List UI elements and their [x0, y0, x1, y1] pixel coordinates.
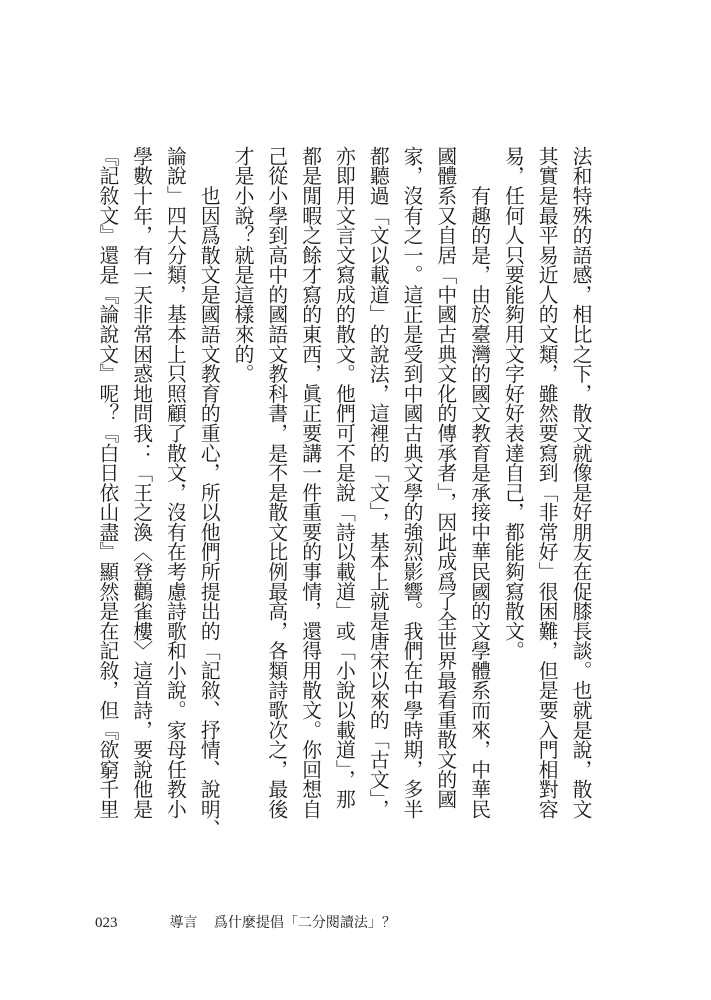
- text-column-9: 都是閒暇之餘才寫的東西，眞正要講一件重要的事情，還得用散文。你回想自: [293, 146, 327, 806]
- text-column-3: 易，任何人只要能夠用文字好好表達自己，都能夠寫散文。: [496, 146, 530, 806]
- text-column-5: 國體系又自居「中國古典文化的傳承者」，因此成爲了全世界最看重散文的國: [428, 146, 462, 806]
- text-column-10: 己從小學到高中的國語文教科書，是不是散文比例最高，各類詩歌次之，最後: [259, 146, 293, 806]
- text-column-8: 亦即用文言文寫成的散文。他們可不是說「詩以載道」或「小說以載道」，那: [327, 146, 361, 806]
- text-column-11: 才是小說？就是這樣來的。: [225, 146, 259, 806]
- text-column-14: 學數十年，有一天非常困惑地問我：「王之渙〈登鸛雀樓〉這首詩，要說他是: [124, 146, 158, 806]
- page-footer: 023 導言 爲什麼提倡「二分閱讀法」？: [95, 912, 396, 932]
- text-column-12: 也因爲散文是國語文教育的重心，所以他們所提出的「記敘、抒情、說明、: [191, 146, 225, 806]
- vertical-body-text: 法和特殊的語感，相比之下，散文就像是好朋友在促膝長談。也就是說，散文 其實是最平…: [90, 146, 597, 806]
- page-number: 023: [95, 915, 155, 932]
- text-column-1: 法和特殊的語感，相比之下，散文就像是好朋友在促膝長談。也就是說，散文: [563, 146, 597, 806]
- book-page: 法和特殊的語感，相比之下，散文就像是好朋友在促膝長談。也就是說，散文 其實是最平…: [0, 0, 711, 1000]
- chapter-label: 導言: [169, 915, 197, 931]
- text-column-13: 論說」四大分類，基本上只照顧了散文，沒有在考慮詩歌和小說。家母任教小: [158, 146, 192, 806]
- text-column-4: 有趣的是，由於臺灣的國文教育是承接中華民國的文學體系而來，中華民: [462, 146, 496, 806]
- text-column-6: 家，沒有之一。這正是受到中國古典文學的強烈影響。我們在中學時期，多半: [394, 146, 428, 806]
- text-column-15: 『記敘文』還是『論說文』呢？『白日依山盡』顯然是在記敘，但『欲窮千里: [90, 146, 124, 806]
- text-column-7: 都聽過「文以載道」的說法，這裡的「文」，基本上就是唐宋以來的「古文」，: [360, 146, 394, 806]
- text-column-2: 其實是最平易近人的文類，雖然要寫到「非常好」很困難，但是要入門相對容: [529, 146, 563, 806]
- running-head: 導言 爲什麼提倡「二分閱讀法」？: [169, 912, 395, 932]
- chapter-title: 爲什麼提倡「二分閱讀法」？: [214, 915, 396, 931]
